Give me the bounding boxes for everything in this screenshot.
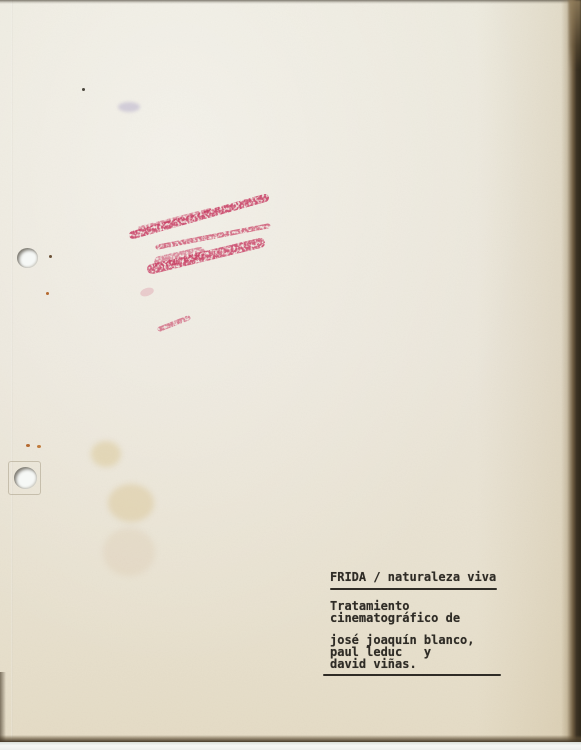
paper-speck	[49, 255, 52, 258]
paper-speck	[26, 444, 30, 447]
stain	[103, 528, 155, 576]
paper-speck	[37, 445, 41, 448]
paper-grain-texture	[0, 0, 581, 742]
scan-edge-top	[0, 0, 581, 4]
stain	[91, 441, 121, 467]
paper-speck	[82, 88, 85, 91]
scan-edge-right-corner	[569, 0, 581, 70]
authors-line-3: david viñas.	[330, 658, 417, 670]
crayon-marks	[110, 180, 290, 350]
paper-speck	[46, 292, 49, 295]
scanner-background-strip	[0, 742, 581, 750]
stain	[108, 484, 154, 522]
footer-rule	[323, 674, 501, 676]
scanned-document-page: FRIDA / naturaleza viva Tratamiento cine…	[0, 0, 581, 750]
title-underline	[330, 588, 497, 590]
punch-hole-bottom	[14, 467, 37, 489]
scan-edge-left-bottom	[0, 672, 6, 742]
treatment-line-2: cinematográfico de	[330, 612, 460, 624]
scan-edge-bottom	[0, 735, 581, 742]
scan-edge-right	[561, 0, 581, 742]
punch-hole-top	[17, 248, 38, 268]
pencil-smudge	[118, 102, 140, 112]
document-title: FRIDA / naturaleza viva	[330, 571, 496, 583]
